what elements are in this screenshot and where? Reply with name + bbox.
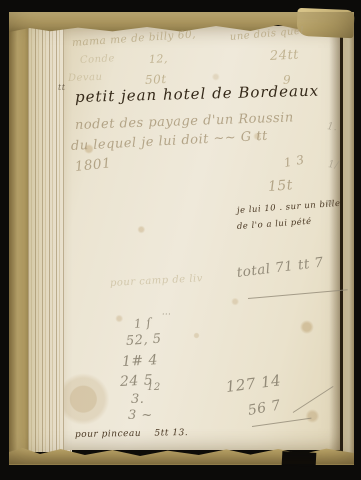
inscription-top-faint-left3: Devau: [68, 73, 103, 84]
number-column-item: 12: [147, 383, 161, 393]
number-column-item: 3.: [131, 393, 144, 406]
handwriting-layer: mama me de billy 60, Conde Devau une doi…: [0, 0, 361, 480]
margin-mark: 1.: [326, 122, 338, 133]
pencil-underline-sums: [252, 418, 312, 427]
inscription-top-faint-right1: une dois quel: [230, 27, 305, 43]
photo-frame: { "colors": { "frame_black": "#0c0b09", …: [0, 0, 361, 480]
inscription-num-50: 50t: [145, 73, 167, 86]
inscription-sum-56: 56 7: [247, 398, 282, 418]
margin-mark: p: [326, 198, 334, 209]
inscription-num-24: 24tt: [270, 48, 300, 62]
inscription-faint-middle: pour camp de liv: [110, 274, 203, 289]
margin-mark: 1/: [327, 160, 339, 171]
inscription-top-faint-line1: mama me de billy 60,: [72, 29, 197, 48]
inscription-num-15: 15t: [268, 178, 294, 194]
inscription-num-13: 1 3: [283, 154, 305, 169]
inscription-sum-127: 127 14: [225, 373, 282, 395]
pencil-underline-total: [248, 289, 348, 299]
number-column-dots: ···: [162, 311, 171, 319]
inscription-top-faint-left2: Conde: [80, 54, 115, 66]
inscription-main-line: petit jean hotel de Bordeaux: [75, 84, 319, 105]
inscription-lequel-line: du lequel je lui doit ~~ G tt: [71, 130, 268, 153]
inscription-total: total 71 tt 7: [236, 256, 324, 280]
inscription-quote-mark: tt: [58, 84, 65, 92]
inscription-bottom-line: pour pinceau 5tt 13.: [75, 429, 188, 440]
number-column-item: 1 ſ: [133, 317, 151, 330]
inscription-num-12: 12,: [149, 53, 169, 65]
pencil-slash: [293, 386, 334, 413]
number-column-item: 3 ~: [128, 409, 153, 422]
number-column-item: 52, 5: [126, 333, 162, 348]
inscription-year-1801: 1801: [74, 157, 112, 174]
number-column-item: 1# 4: [122, 353, 159, 369]
inscription-ink-note-line2: de l'o a lui pété: [237, 218, 312, 232]
